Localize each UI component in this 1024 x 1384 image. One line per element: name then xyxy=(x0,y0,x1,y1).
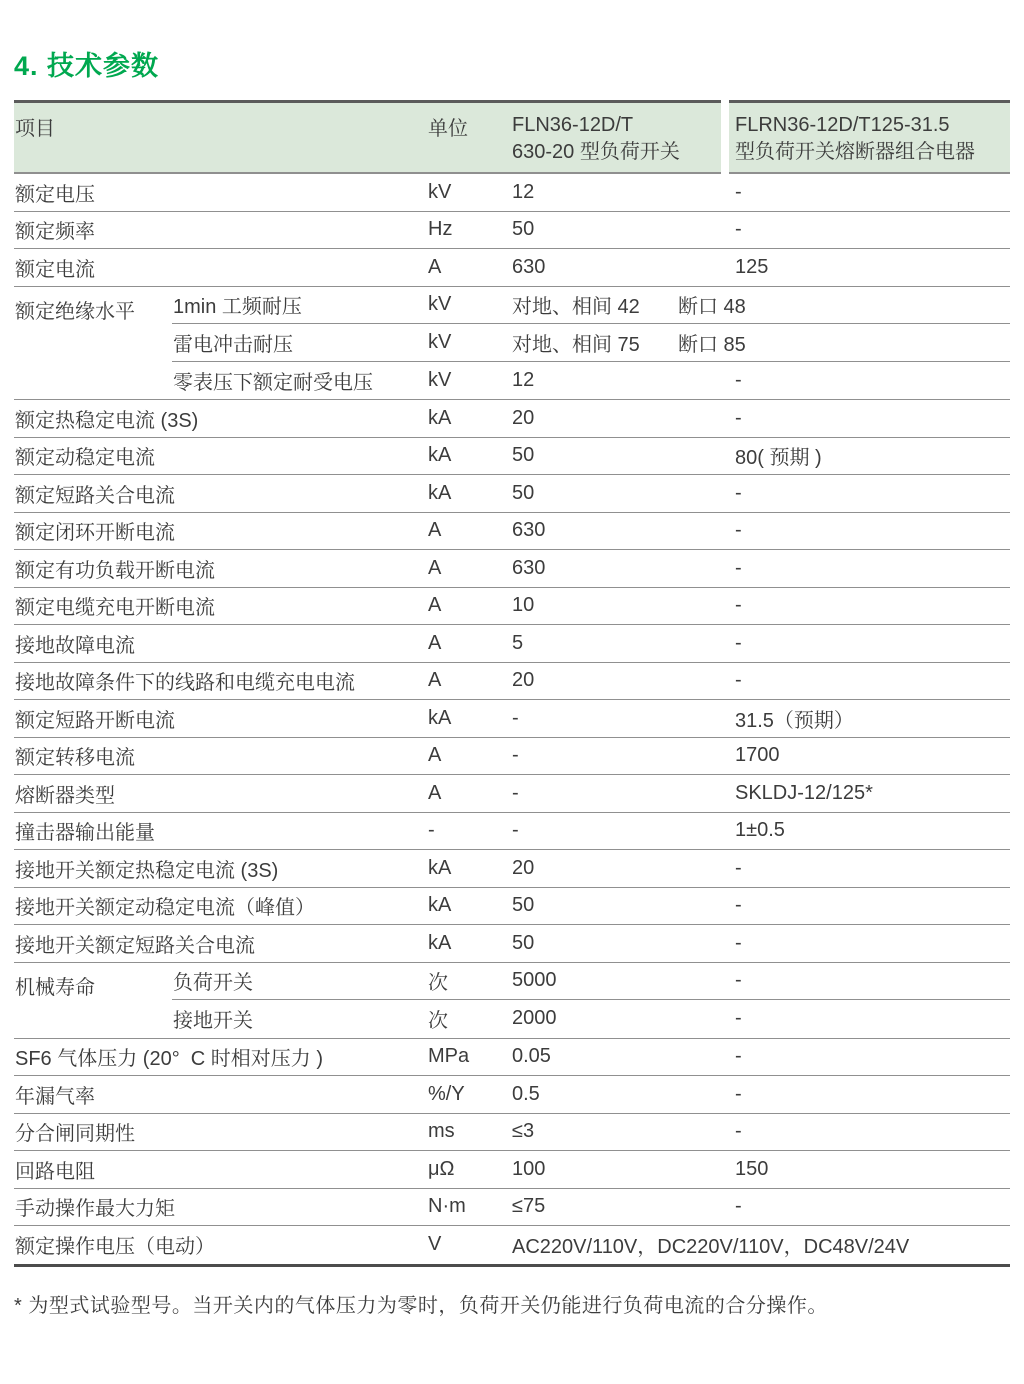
row-value-2: 1700 xyxy=(735,742,1010,769)
table-row: 接地开关额定短路关合电流kA50- xyxy=(14,925,1010,963)
row-value-1: 5 xyxy=(512,630,735,657)
row-value-1: 0.5 xyxy=(512,1081,735,1108)
row-value-2: 31.5（预期） xyxy=(735,702,1010,735)
header-item: 项目 xyxy=(14,103,428,172)
row-value-1: 10 xyxy=(512,592,735,619)
row-value-1: - xyxy=(512,705,735,732)
row-value-2: SKLDJ-12/125* xyxy=(735,780,1010,807)
table-row: SF6 气体压力 (20° C 时相对压力 )MPa0.05- xyxy=(14,1039,1010,1077)
header-combo-model-line2: 型负荷开关熔断器组合电器 xyxy=(735,139,1010,166)
table-row: 额定有功负载开断电流A630- xyxy=(14,550,1010,588)
table-row: 额定短路开断电流kA-31.5（预期） xyxy=(14,700,1010,738)
row-value-1: - xyxy=(512,742,735,769)
row-label: 额定闭环开断电流 xyxy=(14,514,428,547)
row-sublabel: 零表压下额定耐受电压 xyxy=(172,364,428,397)
row-value-2: - xyxy=(735,179,1010,206)
row-value-2: 断口 85 xyxy=(678,328,746,357)
row-value-1: 12 xyxy=(512,179,735,206)
row-unit: kA xyxy=(428,480,512,507)
row-unit: kA xyxy=(428,705,512,732)
row-value-1: 对地、相间 75 xyxy=(512,328,678,357)
row-value-1: - xyxy=(512,780,735,807)
row-value-1: 50 xyxy=(512,480,735,507)
header-switch-model-line2: 630-20 型负荷开关 xyxy=(512,139,721,166)
footnote: * 为型式试验型号。当开关内的气体压力为零时，负荷开关仍能进行负荷电流的合分操作… xyxy=(14,1289,1010,1318)
row-unit: Hz xyxy=(428,216,512,243)
row-unit: A xyxy=(428,592,512,619)
row-unit: N·m xyxy=(428,1193,512,1220)
row-value-1: 20 xyxy=(512,855,735,882)
row-unit: kV xyxy=(428,367,512,394)
table-row: 额定热稳定电流 (3S)kA20- xyxy=(14,400,1010,438)
row-label: 额定短路开断电流 xyxy=(14,702,428,735)
row-value-span: 对地、相间 75断口 85 xyxy=(512,326,1010,359)
row-sublabel: 1min 工频耐压 xyxy=(172,288,428,321)
table-row-group: 机械寿命负荷开关次5000-接地开关次2000- xyxy=(14,963,1010,1039)
table-subrow: 1min 工频耐压kV对地、相间 42断口 48 xyxy=(172,287,1010,325)
row-sublabel: 接地开关 xyxy=(172,1002,428,1035)
row-value-2: - xyxy=(735,930,1010,957)
row-value-span: 对地、相间 42断口 48 xyxy=(512,288,1010,321)
row-sublabel: 雷电冲击耐压 xyxy=(172,326,428,359)
row-value-1: ≤3 xyxy=(512,1118,735,1145)
row-unit: kA xyxy=(428,930,512,957)
header-combo-model-line1: FLRN36-12D/T125-31.5 xyxy=(735,112,1010,139)
row-unit: V xyxy=(428,1231,512,1258)
table-row: 额定频率Hz50- xyxy=(14,212,1010,250)
row-unit: A xyxy=(428,667,512,694)
table-row: 接地开关额定动稳定电流（峰值）kA50- xyxy=(14,888,1010,926)
row-label: 接地故障条件下的线路和电缆充电电流 xyxy=(14,664,428,697)
header-switch-model: FLN36-12D/T 630-20 型负荷开关 xyxy=(512,103,721,172)
row-label: 接地开关额定热稳定电流 (3S) xyxy=(14,852,428,885)
table-row: 手动操作最大力矩N·m≤75- xyxy=(14,1189,1010,1227)
row-label: 分合闸同期性 xyxy=(14,1115,428,1148)
spec-table-body: 额定电压kV12-额定频率Hz50-额定电流A630125额定绝缘水平1min … xyxy=(14,174,1010,1267)
row-value-2: 125 xyxy=(735,254,1010,281)
row-value-2: - xyxy=(735,855,1010,882)
spec-table: 项目 单位 FLN36-12D/T 630-20 型负荷开关 FLRN36-12… xyxy=(14,100,1010,1267)
row-value-2: - xyxy=(735,517,1010,544)
row-value-1: 50 xyxy=(512,216,735,243)
table-row: 额定操作电压（电动）VAC220V/110V，DC220V/110V，DC48V… xyxy=(14,1226,1010,1264)
row-label: 额定短路关合电流 xyxy=(14,477,428,510)
page-title: 4. 技术参数 xyxy=(14,44,1010,83)
row-value-1: 0.05 xyxy=(512,1043,735,1070)
row-unit: kV xyxy=(428,291,512,318)
row-value-1: 20 xyxy=(512,405,735,432)
table-row: 额定电流A630125 xyxy=(14,249,1010,287)
row-value-1: 630 xyxy=(512,517,735,544)
row-unit: kA xyxy=(428,405,512,432)
row-value-1: 50 xyxy=(512,892,735,919)
table-row: 年漏气率%/Y0.5- xyxy=(14,1076,1010,1114)
row-unit: MPa xyxy=(428,1043,512,1070)
header-unit: 单位 xyxy=(428,103,512,172)
row-value-2: - xyxy=(735,892,1010,919)
row-label: 额定热稳定电流 (3S) xyxy=(14,402,428,435)
datasheet-page: 4. 技术参数 项目 单位 FLN36-12D/T 630-20 型负荷开关 F… xyxy=(0,0,1024,1318)
table-row: 回路电阻μΩ100150 xyxy=(14,1151,1010,1189)
row-value-1: 2000 xyxy=(512,1005,735,1032)
row-label: 手动操作最大力矩 xyxy=(14,1190,428,1223)
row-value-2: - xyxy=(735,1043,1010,1070)
row-label: 年漏气率 xyxy=(14,1078,428,1111)
row-value-span: AC220V/110V，DC220V/110V，DC48V/24V xyxy=(512,1228,1010,1261)
row-value-2: - xyxy=(735,1005,1010,1032)
row-label: 额定动稳定电流 xyxy=(14,439,428,472)
header-column-gap xyxy=(721,100,729,174)
row-value-2: - xyxy=(735,592,1010,619)
row-value-2: - xyxy=(735,630,1010,657)
row-unit: kA xyxy=(428,442,512,469)
table-row: 接地开关额定热稳定电流 (3S)kA20- xyxy=(14,850,1010,888)
row-value-1: 100 xyxy=(512,1156,735,1183)
row-unit: A xyxy=(428,555,512,582)
table-row: 接地故障条件下的线路和电缆充电电流A20- xyxy=(14,663,1010,701)
row-unit: A xyxy=(428,517,512,544)
table-row: 熔断器类型A-SKLDJ-12/125* xyxy=(14,775,1010,813)
row-unit: 次 xyxy=(428,1002,512,1035)
table-subrow: 雷电冲击耐压kV对地、相间 75断口 85 xyxy=(172,324,1010,362)
row-value-1: 50 xyxy=(512,930,735,957)
table-row: 额定闭环开断电流A630- xyxy=(14,513,1010,551)
row-label: 额定操作电压（电动） xyxy=(14,1228,428,1261)
table-subrow: 零表压下额定耐受电压kV12- xyxy=(172,362,1010,400)
row-value-2: 1±0.5 xyxy=(735,817,1010,844)
row-value-2: - xyxy=(735,967,1010,994)
row-value-2: 150 xyxy=(735,1156,1010,1183)
group-subrows: 负荷开关次5000-接地开关次2000- xyxy=(172,963,1010,1038)
row-value-1: 630 xyxy=(512,254,735,281)
row-value-2: - xyxy=(735,405,1010,432)
row-label: 额定转移电流 xyxy=(14,739,428,772)
table-row: 额定电压kV12- xyxy=(14,174,1010,212)
row-value-2: - xyxy=(735,1118,1010,1145)
row-label: 接地开关额定短路关合电流 xyxy=(14,927,428,960)
row-value-2: 断口 48 xyxy=(678,290,746,319)
row-value-1: 12 xyxy=(512,367,735,394)
row-unit: μΩ xyxy=(428,1156,512,1183)
row-value-2: - xyxy=(735,1193,1010,1220)
row-unit: kA xyxy=(428,855,512,882)
row-value-1: 5000 xyxy=(512,967,735,994)
row-label: 额定有功负载开断电流 xyxy=(14,552,428,585)
row-value-2: - xyxy=(735,480,1010,507)
group-label: 额定绝缘水平 xyxy=(14,287,172,400)
row-value-1: 对地、相间 42 xyxy=(512,290,678,319)
row-value-2: - xyxy=(735,555,1010,582)
row-value-2: - xyxy=(735,667,1010,694)
row-unit: A xyxy=(428,742,512,769)
row-value-1: ≤75 xyxy=(512,1193,735,1220)
table-header: 项目 单位 FLN36-12D/T 630-20 型负荷开关 FLRN36-12… xyxy=(14,100,1010,174)
header-switch-model-line1: FLN36-12D/T xyxy=(512,112,721,139)
table-row: 分合闸同期性ms≤3- xyxy=(14,1114,1010,1152)
row-value-1: 50 xyxy=(512,442,735,469)
group-label: 机械寿命 xyxy=(14,963,172,1038)
row-unit: %/Y xyxy=(428,1081,512,1108)
row-label: 额定电缆充电开断电流 xyxy=(14,589,428,622)
row-value-2: 80( 预期 ) xyxy=(735,439,1010,472)
row-unit: kV xyxy=(428,329,512,356)
row-label: 额定频率 xyxy=(14,213,428,246)
row-label: 额定电压 xyxy=(14,176,428,209)
row-value-2: - xyxy=(735,216,1010,243)
row-unit: A xyxy=(428,254,512,281)
row-label: SF6 气体压力 (20° C 时相对压力 ) xyxy=(14,1040,428,1073)
group-subrows: 1min 工频耐压kV对地、相间 42断口 48雷电冲击耐压kV对地、相间 75… xyxy=(172,287,1010,400)
row-unit: - xyxy=(428,817,512,844)
table-row-group: 额定绝缘水平1min 工频耐压kV对地、相间 42断口 48雷电冲击耐压kV对地… xyxy=(14,287,1010,401)
row-value-2: - xyxy=(735,1081,1010,1108)
table-row: 撞击器输出能量--1±0.5 xyxy=(14,813,1010,851)
row-value-1: - xyxy=(512,817,735,844)
table-row: 额定动稳定电流kA5080( 预期 ) xyxy=(14,438,1010,476)
row-unit: A xyxy=(428,630,512,657)
row-label: 熔断器类型 xyxy=(14,777,428,810)
table-row: 额定电缆充电开断电流A10- xyxy=(14,588,1010,626)
row-unit: kV xyxy=(428,179,512,206)
row-unit: ms xyxy=(428,1118,512,1145)
table-row: 额定转移电流A-1700 xyxy=(14,738,1010,776)
header-combo-model: FLRN36-12D/T125-31.5 型负荷开关熔断器组合电器 xyxy=(729,103,1010,172)
row-label: 接地开关额定动稳定电流（峰值） xyxy=(14,889,428,922)
row-label: 接地故障电流 xyxy=(14,627,428,660)
row-value-2: - xyxy=(735,367,1010,394)
row-value-1: 630 xyxy=(512,555,735,582)
table-subrow: 接地开关次2000- xyxy=(172,1000,1010,1038)
table-row: 额定短路关合电流kA50- xyxy=(14,475,1010,513)
table-row: 接地故障电流A5- xyxy=(14,625,1010,663)
row-label: 撞击器输出能量 xyxy=(14,814,428,847)
row-unit: A xyxy=(428,780,512,807)
row-label: 回路电阻 xyxy=(14,1153,428,1186)
row-label: 额定电流 xyxy=(14,251,428,284)
row-value-1: 20 xyxy=(512,667,735,694)
row-unit: kA xyxy=(428,892,512,919)
table-subrow: 负荷开关次5000- xyxy=(172,963,1010,1001)
row-unit: 次 xyxy=(428,964,512,997)
row-sublabel: 负荷开关 xyxy=(172,964,428,997)
